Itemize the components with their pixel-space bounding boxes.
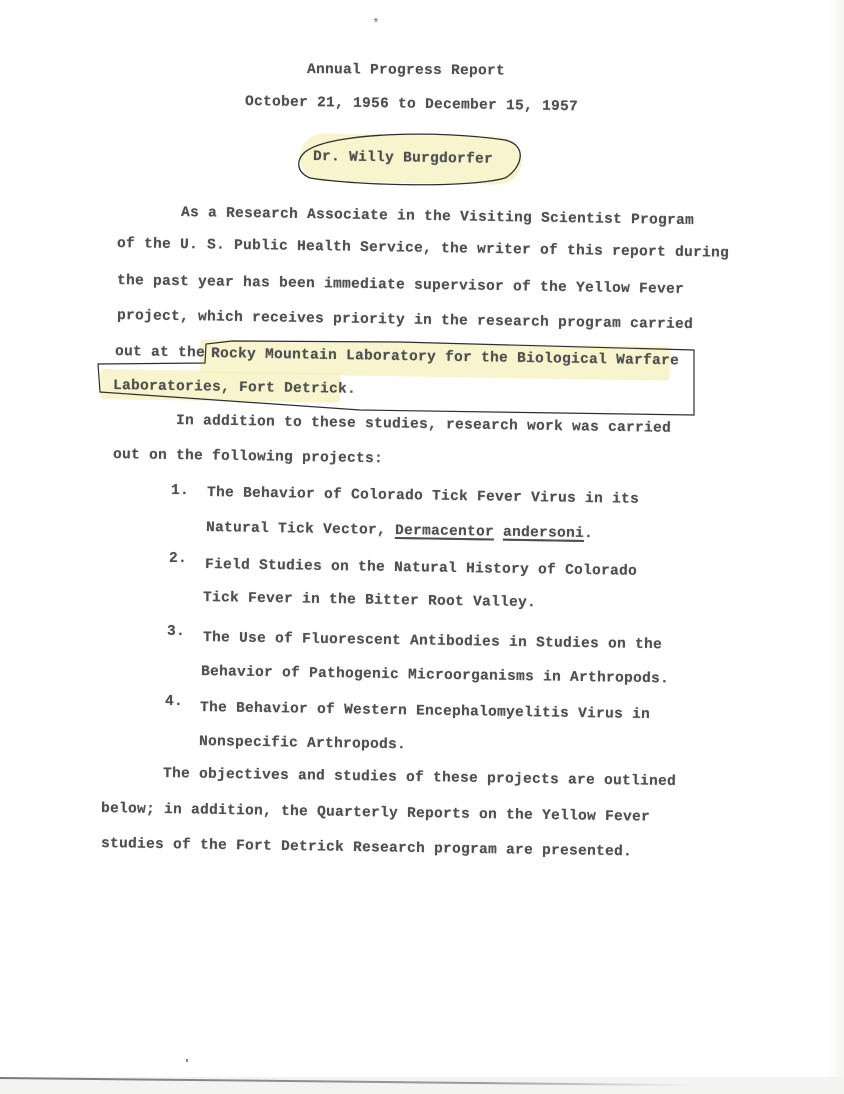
project-1-line2-prefix: Natural Tick Vector, xyxy=(206,520,395,539)
project-2-line1: Field Studies on the Natural History of … xyxy=(205,557,637,580)
paragraph1-line2: of the U. S. Public Health Service, the … xyxy=(117,236,729,262)
project-2-number: 2. xyxy=(169,551,187,567)
paragraph2-line2: out on the following projects: xyxy=(113,447,383,467)
project-1-line1: The Behavior of Colorado Tick Fever Viru… xyxy=(207,485,639,508)
project-1-line2: Natural Tick Vector, Dermacentor anderso… xyxy=(206,520,593,542)
scan-speck xyxy=(186,1059,188,1062)
paragraph3-line3: studies of the Fort Detrick Research pro… xyxy=(101,836,632,860)
report-title: Annual Progress Report xyxy=(307,62,505,79)
species-name: andersoni xyxy=(503,525,584,542)
author-name: Dr. Willy Burgdorfer xyxy=(313,149,493,168)
project-3-number: 3. xyxy=(167,624,185,640)
paragraph1-line1: As a Research Associate in the Visiting … xyxy=(181,205,694,229)
scanned-page: * Annual Progress Report October 21, 195… xyxy=(0,0,844,1094)
paragraph3-line2: below; in addition, the Quarterly Report… xyxy=(101,801,650,826)
paragraph1-line3: the past year has been immediate supervi… xyxy=(117,273,684,298)
project-1-line2-suffix: . xyxy=(584,526,593,542)
project-3-line1: The Use of Fluorescent Antibodies in Stu… xyxy=(203,630,662,653)
project-4-number: 4. xyxy=(165,694,183,710)
paragraph3-line1: The objectives and studies of these proj… xyxy=(163,766,676,790)
paragraph1-line5-prefix: out at the xyxy=(115,344,205,361)
paragraph2-line1: In addition to these studies, research w… xyxy=(176,413,671,437)
report-date-range: October 21, 1956 to December 15, 1957 xyxy=(245,94,578,115)
paragraph1-line4: project, which receives priority in the … xyxy=(117,308,693,333)
project-3-line2: Behavior of Pathogenic Microorganisms in… xyxy=(201,664,669,687)
project-4-line2: Nonspecific Arthropods. xyxy=(199,734,406,753)
project-2-line2: Tick Fever in the Bitter Root Valley. xyxy=(203,590,536,611)
project-1-number: 1. xyxy=(171,483,189,499)
genus-name: Dermacentor xyxy=(395,523,494,541)
scan-right-edge xyxy=(828,0,844,1094)
top-mark: * xyxy=(372,16,380,31)
project-4-line1: The Behavior of Western Encephalomyeliti… xyxy=(200,700,650,723)
